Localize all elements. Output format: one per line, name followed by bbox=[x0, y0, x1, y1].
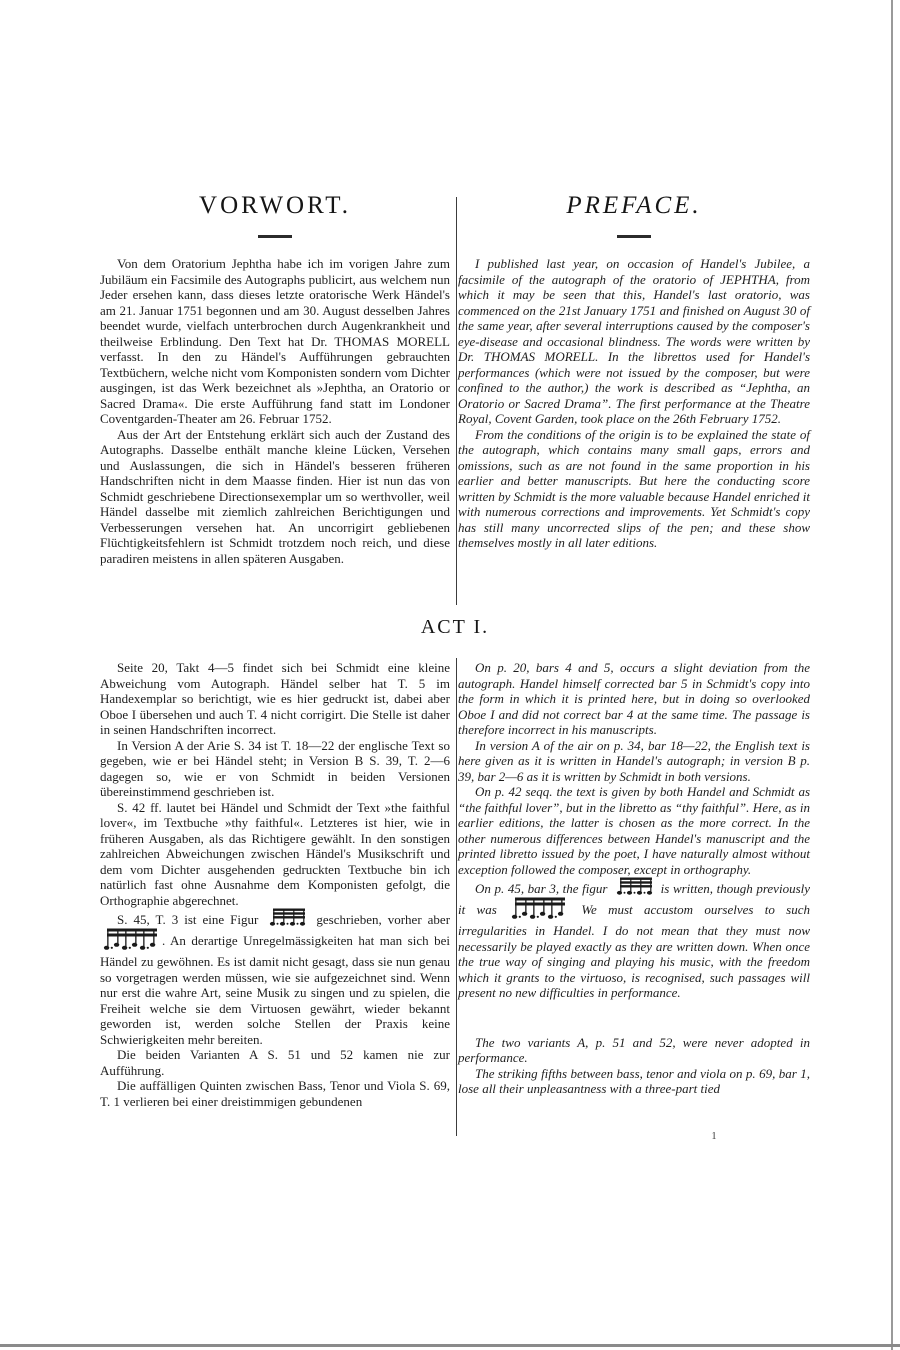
vorwort-title: VORWORT. bbox=[100, 192, 450, 220]
paragraph: In Version A der Arie S. 34 ist T. 18—22… bbox=[100, 738, 450, 800]
paragraph-text: geschrieben, vorher aber bbox=[316, 912, 450, 927]
german-act1-column: Seite 20, Takt 4—5 findet sich bei Schmi… bbox=[100, 660, 450, 1109]
column-divider bbox=[456, 197, 457, 605]
paragraph: Von dem Oratorium Jephtha habe ich im vo… bbox=[100, 256, 450, 427]
english-preface-column: I published last year, on occasion of Ha… bbox=[458, 256, 810, 551]
english-act1-column: On p. 20, bars 4 and 5, occurs a slight … bbox=[458, 660, 810, 1097]
preface-title: PREFACE. bbox=[458, 192, 810, 220]
page-number: 1 bbox=[704, 1131, 724, 1142]
act1-heading: ACT I. bbox=[100, 616, 810, 639]
paragraph: Die beiden Varianten A S. 51 und 52 kame… bbox=[100, 1047, 450, 1078]
paragraph: S. 45, T. 3 ist eine Figur bbox=[100, 908, 450, 1047]
german-preface-column: Von dem Oratorium Jephtha habe ich im vo… bbox=[100, 256, 450, 566]
music-figure-icon bbox=[614, 877, 654, 897]
music-figure-icon bbox=[103, 928, 159, 954]
paragraph: Die auffälligen Quinten zwischen Bass, T… bbox=[100, 1078, 450, 1109]
paragraph: On p. 42 seqq. the text is given by both… bbox=[458, 784, 810, 877]
vorwort-title-block: VORWORT. bbox=[100, 192, 450, 238]
title-rule bbox=[258, 235, 292, 238]
paragraph: S. 42 ff. lautet bei Händel und Schmidt … bbox=[100, 800, 450, 909]
paragraph: The two variants A, p. 51 and 52, were n… bbox=[458, 1035, 810, 1066]
paragraph-text: S. 45, T. 3 ist eine Figur bbox=[117, 912, 258, 927]
music-figure-icon bbox=[267, 908, 307, 928]
paragraph: On p. 20, bars 4 and 5, occurs a slight … bbox=[458, 660, 810, 738]
preface-title-block: PREFACE. bbox=[458, 192, 810, 238]
paragraph: Seite 20, Takt 4—5 findet sich bei Schmi… bbox=[100, 660, 450, 738]
paragraph: From the conditions of the origin is to … bbox=[458, 427, 810, 551]
paragraph: I published last year, on occasion of Ha… bbox=[458, 256, 810, 427]
title-rule bbox=[617, 235, 651, 238]
scan-edge-shadow-right bbox=[891, 0, 893, 1350]
paragraph: In version A of the air on p. 34, bar 18… bbox=[458, 738, 810, 785]
scanned-score-preface-page: VORWORT. PREFACE. Von dem Oratorium Jeph… bbox=[0, 0, 900, 1350]
paragraph: On p. 45, bar 3, the figur bbox=[458, 877, 810, 1001]
paragraph: Aus der Art der Entstehung erklärt sich … bbox=[100, 427, 450, 567]
scan-edge-shadow-bottom bbox=[0, 1344, 900, 1347]
music-figure-icon bbox=[511, 897, 567, 923]
paragraph: The striking fifths between bass, tenor … bbox=[458, 1066, 810, 1097]
paragraph-text: On p. 45, bar 3, the figur bbox=[475, 881, 607, 896]
column-divider bbox=[456, 658, 457, 1136]
